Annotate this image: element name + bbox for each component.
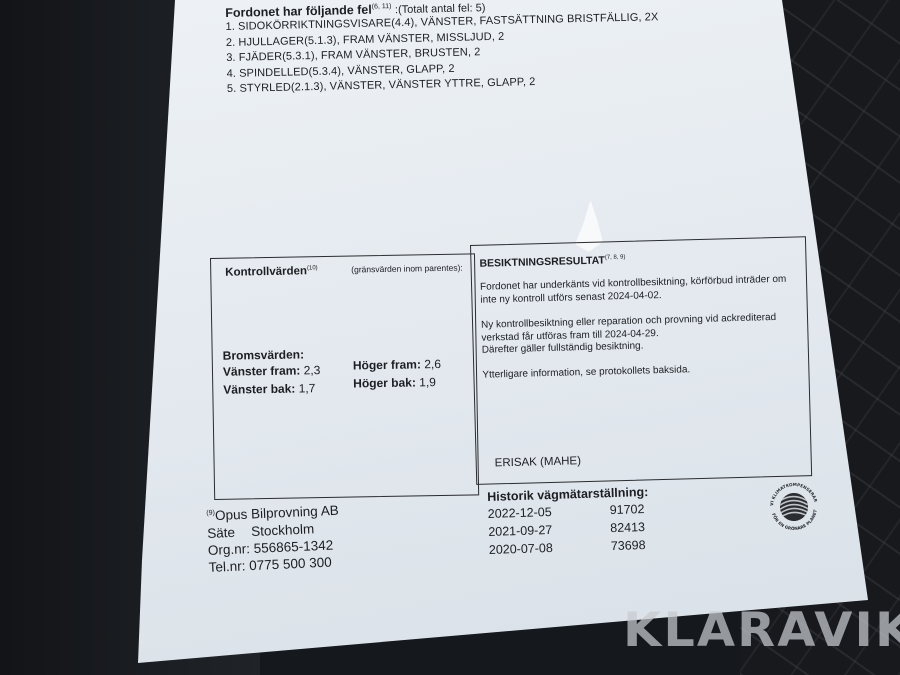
faults-title-sup: (6, 11) bbox=[372, 3, 392, 10]
result-title-text: BESIKTNINGSRESULTAT bbox=[479, 254, 605, 269]
faults-section: Fordonet har följande fel(6, 11) :(Total… bbox=[225, 0, 660, 97]
brake-front-left: Vänster fram: 2,3 bbox=[223, 363, 321, 379]
kontrollvarden-title-text: Kontrollvärden bbox=[225, 265, 307, 278]
kontrollvarden-title: Kontrollvärden(10) bbox=[225, 265, 318, 279]
brake-rear-left: Vänster bak: 1,7 bbox=[223, 381, 315, 397]
result-title: BESIKTNINGSRESULTAT(7, 8, 9) bbox=[479, 254, 625, 270]
brake-value: 2,3 bbox=[304, 363, 321, 377]
limit-values-note: (gränsvärden inom parentes): bbox=[351, 263, 463, 275]
odometer-value: 73698 bbox=[611, 536, 646, 555]
brake-values-heading: Bromsvärden: bbox=[223, 347, 305, 362]
brake-label: Höger fram: bbox=[353, 357, 421, 372]
kontrollvarden-sup: (10) bbox=[307, 265, 318, 271]
besiktningsresultat-box: BESIKTNINGSRESULTAT(7, 8, 9) Fordonet ha… bbox=[470, 236, 812, 485]
odometer-date: 2020-07-08 bbox=[489, 537, 612, 559]
brake-value: 1,9 bbox=[419, 375, 436, 389]
brake-rear-right: Höger bak: 1,9 bbox=[353, 375, 436, 390]
brake-label: Höger bak: bbox=[353, 375, 416, 390]
seat-label: Säte bbox=[207, 523, 252, 542]
seat-value: Stockholm bbox=[251, 521, 315, 539]
odometer-history: Historik vägmätarställning: 2022-12-0591… bbox=[487, 485, 650, 559]
result-paragraph-fail: Fordonet har underkänts vid kontrollbesi… bbox=[480, 273, 801, 306]
brake-value: 2,6 bbox=[424, 357, 441, 371]
kontrollvarden-box: Kontrollvärden(10) (gränsvärden inom par… bbox=[210, 253, 479, 500]
odometer-value: 82413 bbox=[610, 518, 645, 537]
odometer-row: 2020-07-0873698 bbox=[489, 536, 651, 559]
odometer-value: 91702 bbox=[609, 500, 644, 519]
climate-compensation-seal-icon: VI KLIMATKOMPENSERAR FÖR EN GRÖNARE PLAN… bbox=[763, 476, 826, 539]
inspection-protocol: Fordonet har följande fel(6, 11) :(Total… bbox=[0, 0, 900, 675]
company-sup: (9) bbox=[206, 510, 215, 517]
result-paragraph-more-info: Ytterligare information, se protokollets… bbox=[482, 361, 802, 382]
brake-value: 1,7 bbox=[299, 381, 316, 395]
brake-front-right: Höger fram: 2,6 bbox=[353, 357, 441, 373]
brake-label: Vänster bak: bbox=[223, 382, 295, 397]
result-title-sup: (7, 8, 9) bbox=[605, 254, 626, 261]
brake-label: Vänster fram: bbox=[223, 363, 301, 378]
inspector-signature: ERISAK (MAHE) bbox=[495, 455, 582, 469]
company-info: (9)Opus Bilprovning AB SäteStockholm Org… bbox=[206, 499, 341, 575]
klaravik-watermark-logo: KLARAVIK bbox=[623, 603, 900, 658]
